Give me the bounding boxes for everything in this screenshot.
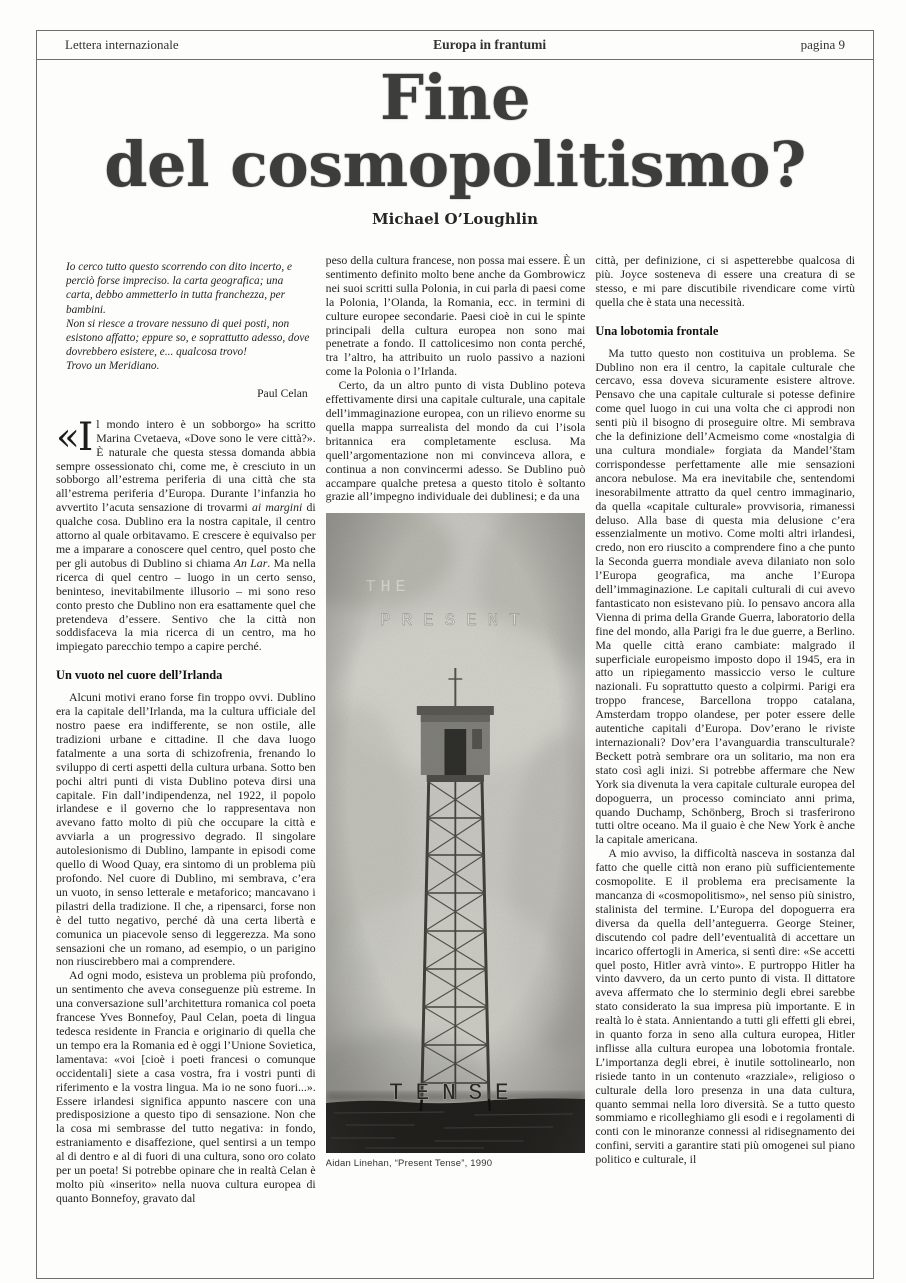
paragraph: peso della cultura francese, non possa m… [326, 254, 586, 379]
left-column: Io cerco tutto questo scorrendo con dito… [56, 254, 316, 1279]
article-columns: Io cerco tutto questo scorrendo con dito… [56, 254, 855, 1279]
artwork-image: THE PRESENT [326, 513, 586, 1153]
artwork-caption: Aidan Linehan, “Present Tense”, 1990 [326, 1158, 586, 1169]
page-frame: Lettera internazionale Europa in frantum… [36, 30, 874, 1279]
journal-name: Lettera internazionale [65, 37, 179, 53]
title-line-1: Fine [380, 61, 530, 134]
paragraph: A mio avviso, la difficoltà nasceva in s… [595, 847, 855, 1167]
epigraph-line: Non si riesce a trovare nessuno di quei … [66, 317, 310, 360]
section-heading-irlanda: Un vuoto nel cuore dell’Irlanda [56, 668, 316, 682]
epigraph-attribution: Paul Celan [66, 387, 308, 401]
paragraph: Alcuni motivi erano forse fin troppo ovv… [56, 691, 316, 969]
article-title: Finedel cosmopolitismo? [37, 64, 873, 198]
paragraph: Ad ogni modo, esisteva un problema più p… [56, 969, 316, 1205]
paragraph: Ma tutto questo non costituiva un proble… [595, 347, 855, 848]
title-block: Finedel cosmopolitismo? Michael O’Loughl… [37, 64, 873, 228]
title-line-2: del cosmopolitismo? [104, 128, 806, 201]
epigraph-line: Io cerco tutto questo scorrendo con dito… [66, 260, 310, 317]
italic-phrase: ai margini [252, 500, 302, 514]
middle-column: peso della cultura francese, non possa m… [326, 254, 586, 1279]
epigraph-line: Trovo un Meridiano. [66, 359, 310, 373]
section-heading-lobotomia: Una lobotomia frontale [595, 324, 855, 338]
author-byline: Michael O’Loughlin [37, 210, 873, 228]
right-column: città, per definizione, ci si aspettereb… [595, 254, 855, 1279]
section-title: Europa in frantumi [433, 37, 546, 53]
italic-phrase: An Lar [234, 556, 268, 570]
magazine-page-scan: { "colors":{"paper":"#fdfdfc","ink":"#1f… [0, 0, 906, 1283]
epigraph: Io cerco tutto questo scorrendo con dito… [66, 260, 310, 401]
artwork-grain [326, 513, 586, 1153]
paragraph: «Il mondo intero è un sobborgo» ha scrit… [56, 418, 316, 654]
page-number: pagina 9 [801, 37, 845, 53]
artwork-figure: THE PRESENT [326, 513, 586, 1169]
paragraph: Certo, da un altro punto di vista Dublin… [326, 379, 586, 504]
header-bar: Lettera internazionale Europa in frantum… [37, 31, 873, 60]
paragraph: città, per definizione, ci si aspettereb… [595, 254, 855, 310]
drop-cap: «I [56, 418, 96, 456]
paragraph-text: . Ma nella ricerca di quel centro – luog… [56, 556, 316, 653]
